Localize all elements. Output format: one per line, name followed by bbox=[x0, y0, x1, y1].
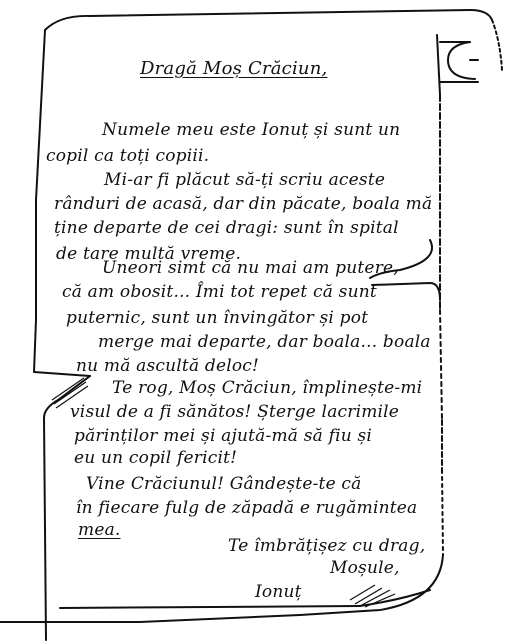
letter-page: Dragă Moș Crăciun, Numele meu este Ionuț… bbox=[0, 0, 525, 644]
letter-line: copil ca toți copiii. bbox=[46, 146, 209, 166]
letter-line: Mi-ar fi plăcut să-ți scriu aceste bbox=[104, 170, 385, 190]
letter-closing: Te îmbrățișez cu drag, bbox=[228, 536, 425, 556]
letter-line: în fiecare fulg de zăpadă e rugămintea bbox=[76, 498, 417, 518]
letter-line: Uneori simt că nu mai am putere, bbox=[102, 258, 399, 278]
letter-line: Vine Crăciunul! Gândește-te că bbox=[86, 474, 362, 494]
letter-line: ține departe de cei dragi: sunt în spita… bbox=[54, 218, 399, 238]
letter-greeting: Dragă Moș Crăciun, bbox=[140, 58, 327, 79]
letter-closing-address: Moșule, bbox=[330, 558, 400, 578]
letter-signature: Ionuț bbox=[255, 582, 302, 602]
letter-line: eu un copil fericit! bbox=[74, 448, 237, 468]
letter-line: nu mă ascultă deloc! bbox=[76, 356, 259, 376]
letter-line: merge mai departe, dar boala... boala bbox=[98, 332, 431, 352]
letter-line: Numele meu este Ionuț și sunt un bbox=[102, 120, 400, 140]
letter-line: că am obosit... Îmi tot repet că sunt bbox=[62, 282, 377, 302]
letter-line: părinților mei și ajută-mă să fiu și bbox=[74, 426, 372, 446]
letter-line: mea. bbox=[78, 520, 121, 540]
letter-line: rânduri de acasă, dar din păcate, boala … bbox=[54, 194, 432, 214]
letter-line: visul de a fi sănătos! Șterge lacrimile bbox=[70, 402, 399, 422]
letter-line: puternic, sunt un învingător și pot bbox=[66, 308, 368, 328]
letter-line: Te rog, Moș Crăciun, împlinește-mi bbox=[112, 378, 422, 398]
